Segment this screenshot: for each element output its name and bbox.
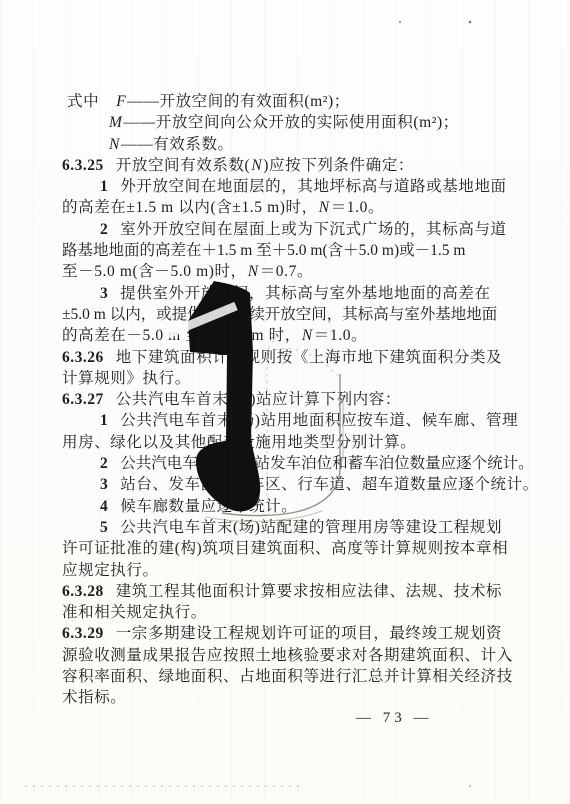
continuation-line: 用房、绿化以及其他配套设施用地类型分别计算。 bbox=[62, 432, 508, 453]
item-number: 4 bbox=[100, 498, 108, 515]
continuation-line: 术指标。 bbox=[62, 687, 508, 708]
section-number: 6.3.28 bbox=[62, 583, 104, 600]
section-text: )应按下列条件确定： bbox=[263, 157, 414, 174]
formula-def-text: ——开放空间的有效面积(m²)； bbox=[127, 93, 350, 110]
formula-def-line: 式中F——开放空间的有效面积(m²)； bbox=[62, 91, 508, 112]
formula-def-text: ——开放空间向公众开放的实际使用面积(m²)； bbox=[124, 114, 459, 131]
item-number: 5 bbox=[100, 519, 108, 536]
continuation-line: 容积率面积、绿地面积、占地面积等进行汇总并计算相关经济技 bbox=[62, 666, 508, 687]
body-text-run: 路基地地面的高差在＋1.5 m 至＋5.0 m(含＋5.0 m)或－1.5 m bbox=[62, 242, 465, 259]
continuation-line: 的高差在±1.5 m 以内(含±1.5 m)时，N＝1.0。 bbox=[62, 197, 508, 218]
item-number: 1 bbox=[100, 178, 108, 195]
math-var-M: M bbox=[108, 114, 124, 131]
continuation-line: 准和相关规定执行。 bbox=[62, 602, 508, 623]
list-item-line: 1外开放空间在地面层的，其地坪标高与道路或基地地面 bbox=[62, 176, 508, 197]
body-text-run: 至－5.0 m(含－5.0 m)时， bbox=[62, 263, 247, 280]
body-text-run: ＝1.0。 bbox=[331, 199, 384, 216]
body-text-run: 许可证批准的建(构)筑项目建筑面积、高度等计算规则按本章相 bbox=[62, 540, 508, 557]
continuation-line: 路基地地面的高差在＋1.5 m 至＋5.0 m(含＋5.0 m)或－1.5 m bbox=[62, 240, 508, 261]
item-number: 2 bbox=[100, 221, 108, 238]
scan-speck bbox=[469, 785, 471, 787]
formula-def-text: ——有效系数。 bbox=[121, 136, 234, 153]
list-item-line: 5公共汽电车首末(场)站配建的管理用房等建设工程规划 bbox=[62, 517, 508, 538]
body-text-run: 源验收测量成果报告应按照土地核验要求对各期建筑面积、计入 bbox=[62, 647, 513, 664]
continuation-line: 应规定执行。 bbox=[62, 560, 508, 581]
body-text-run: ＝0.7。 bbox=[260, 263, 313, 280]
list-item-line: 3提供室外开放空间，其标高与室外基地地面的高差在 bbox=[62, 283, 508, 304]
list-item-line: 1公共汽电车首末(场)站用地面积应按车道、候车廊、管理 bbox=[62, 410, 508, 431]
section-number: 6.3.27 bbox=[62, 391, 104, 408]
item-number: 3 bbox=[100, 476, 108, 493]
list-item-line: 3站台、发车区、蓄车区、行车道、超车道数量应逐个统计。 bbox=[62, 474, 508, 495]
math-var-N: N bbox=[250, 157, 263, 174]
section-heading-line: 6.3.28建筑工程其他面积计算要求按相应法律、法规、技术标 bbox=[62, 581, 508, 602]
section-heading-line: 6.3.27公共汽电车首末(场)站应计算下列内容： bbox=[62, 389, 508, 410]
body-text-run: ＝1.0。 bbox=[314, 327, 367, 344]
math-var-N: N bbox=[301, 327, 314, 344]
item-number: 1 bbox=[100, 412, 108, 429]
math-var-N: N bbox=[318, 199, 331, 216]
page-number: — 73 — bbox=[356, 708, 433, 728]
section-heading-line: 6.3.25开放空间有效系数(N)应按下列条件确定： bbox=[62, 155, 508, 176]
section-text: 开放空间有效系数( bbox=[116, 157, 251, 174]
body-text-run: ±5.0 m 以内，或提供室内连续开放空间，其标高与室外基地地面 bbox=[62, 306, 497, 323]
continuation-line: 源验收测量成果报告应按照土地核验要求对各期建筑面积、计入 bbox=[62, 645, 508, 666]
section-text: 建筑工程其他面积计算要求按相应法律、法规、技术标 bbox=[116, 583, 502, 600]
section-text: 公共汽电车首末(场)站应计算下列内容： bbox=[116, 391, 401, 408]
item-text: 候车廊数量应逐个统计。 bbox=[120, 498, 297, 515]
body-text-run: 的高差在±1.5 m 以内(含±1.5 m)时， bbox=[62, 199, 318, 216]
formula-def-line: N——有效系数。 bbox=[62, 134, 508, 155]
item-number: 3 bbox=[100, 285, 108, 302]
item-text: 室外开放空间在屋面上或为下沉式广场的，其标高与道 bbox=[120, 221, 506, 238]
body-text-run: 容积率面积、绿地面积、占地面积等进行汇总并计算相关经济技 bbox=[62, 668, 513, 685]
list-item-line: 2公共汽电车首末(场)站发车泊位和蓄车泊位数量应逐个统计。 bbox=[62, 453, 508, 474]
item-text: 提供室外开放空间，其标高与室外基地地面的高差在 bbox=[120, 285, 490, 302]
section-number: 6.3.29 bbox=[62, 625, 104, 642]
math-var-N: N bbox=[247, 263, 260, 280]
section-text: 一宗多期建设工程规划许可证的项目，最终竣工规划资 bbox=[116, 625, 502, 642]
continuation-line: ±5.0 m 以内，或提供室内连续开放空间，其标高与室外基地地面 bbox=[62, 304, 508, 325]
formula-where-label: 式中 bbox=[67, 93, 99, 110]
item-text: 站台、发车区、蓄车区、行车道、超车道数量应逐个统计。 bbox=[120, 476, 539, 493]
body-text-run: 准和相关规定执行。 bbox=[62, 604, 207, 621]
scan-speck bbox=[469, 21, 472, 24]
body-text-run: 的高差在－5.0 m 至＋12.0 m 时， bbox=[62, 327, 301, 344]
body-text-run: 计算规则》执行。 bbox=[62, 370, 191, 387]
section-heading-line: 6.3.29一宗多期建设工程规划许可证的项目，最终竣工规划资 bbox=[62, 623, 508, 644]
body-text-run: 应规定执行。 bbox=[62, 562, 159, 579]
item-text: 外开放空间在地面层的，其地坪标高与道路或基地地面 bbox=[120, 178, 506, 195]
body-text: 式中F——开放空间的有效面积(m²)； M——开放空间向公众开放的实际使用面积(… bbox=[62, 91, 508, 709]
math-var-N: N bbox=[108, 136, 121, 153]
continuation-line: 许可证批准的建(构)筑项目建筑面积、高度等计算规则按本章相 bbox=[62, 538, 508, 559]
section-number: 6.3.25 bbox=[62, 157, 104, 174]
math-var-F: F bbox=[115, 93, 127, 110]
continuation-line: 的高差在－5.0 m 至＋12.0 m 时，N＝1.0。 bbox=[62, 325, 508, 346]
scanned-document-page: 式中F——开放空间的有效面积(m²)； M——开放空间向公众开放的实际使用面积(… bbox=[0, 0, 570, 804]
section-heading-line: 6.3.26地下建筑面积计算规则按《上海市地下建筑面积分类及 bbox=[62, 347, 508, 368]
continuation-line: 至－5.0 m(含－5.0 m)时，N＝0.7。 bbox=[62, 261, 508, 282]
formula-def-line: M——开放空间向公众开放的实际使用面积(m²)； bbox=[62, 112, 508, 133]
scan-speck bbox=[399, 21, 401, 23]
item-number: 2 bbox=[100, 455, 108, 472]
body-text-run: 术指标。 bbox=[62, 689, 126, 706]
list-item-line: 2室外开放空间在屋面上或为下沉式广场的，其标高与道 bbox=[62, 219, 508, 240]
continuation-line: 计算规则》执行。 bbox=[62, 368, 508, 389]
item-text: 公共汽电车首末(场)站配建的管理用房等建设工程规划 bbox=[120, 519, 502, 536]
list-item-line: 4候车廊数量应逐个统计。 bbox=[62, 496, 508, 517]
section-text: 地下建筑面积计算规则按《上海市地下建筑面积分类及 bbox=[116, 349, 502, 366]
body-text-run: 用房、绿化以及其他配套设施用地类型分别计算。 bbox=[62, 434, 416, 451]
section-number: 6.3.26 bbox=[62, 349, 104, 366]
item-text: 公共汽电车首末(场)站发车泊位和蓄车泊位数量应逐个统计。 bbox=[120, 455, 533, 472]
item-text: 公共汽电车首末(场)站用地面积应按车道、候车廊、管理 bbox=[120, 412, 518, 429]
